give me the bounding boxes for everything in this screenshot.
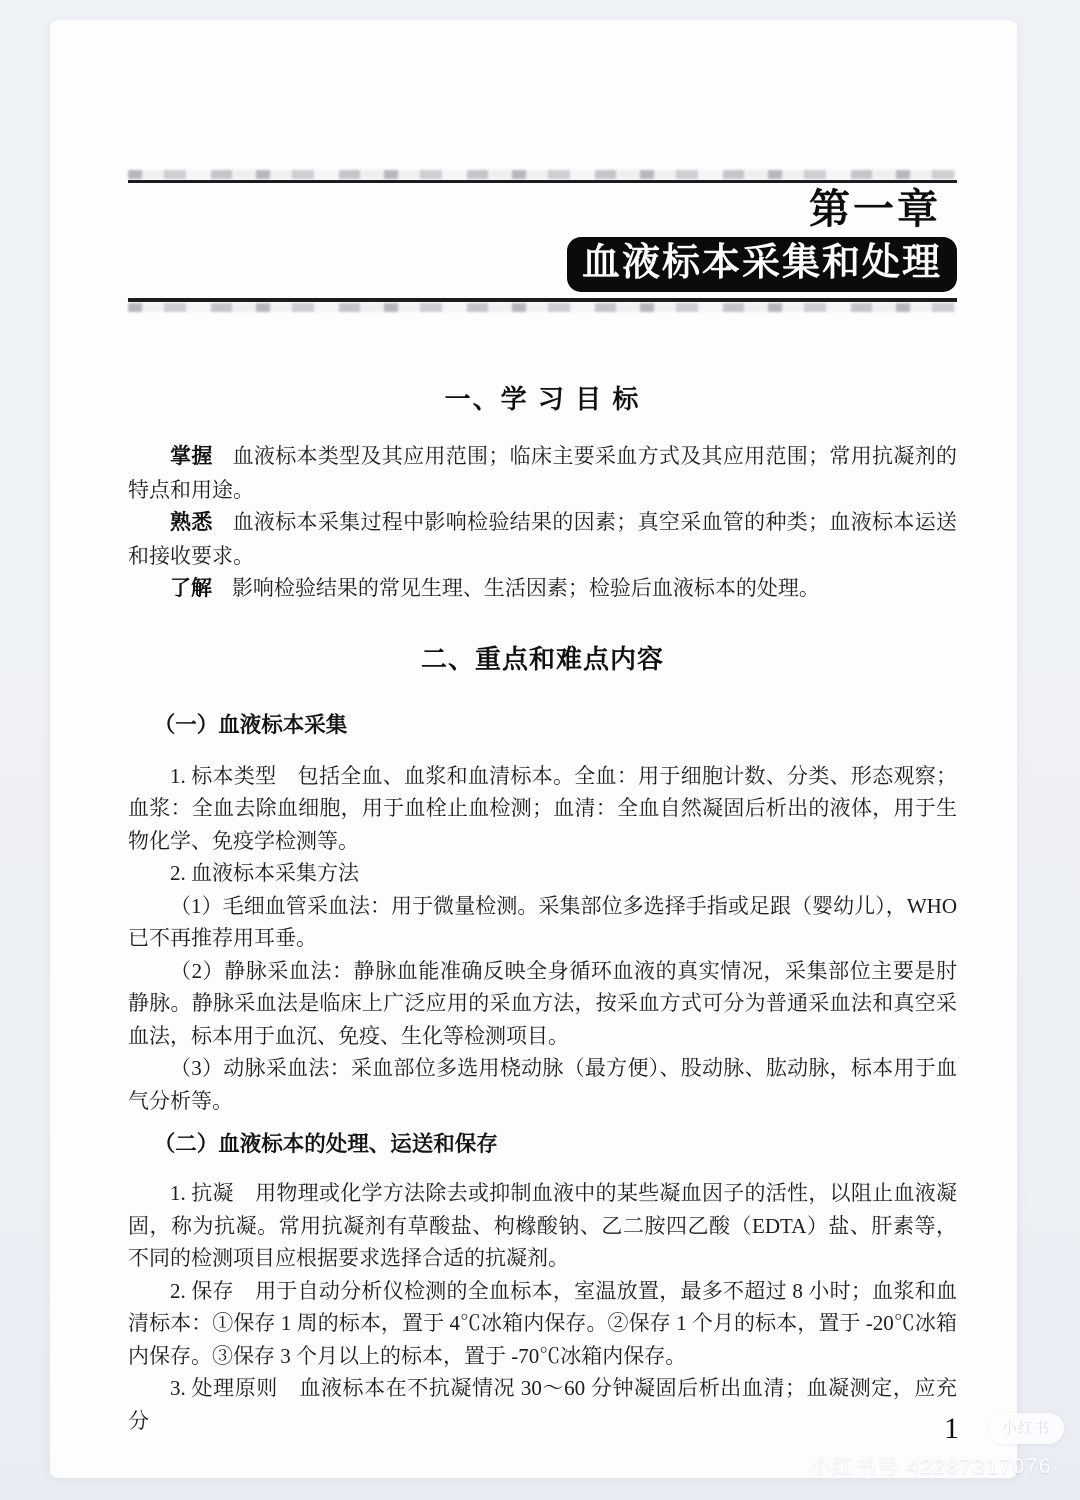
header-bottom-rule [128, 298, 957, 302]
chapter-number: 第一章 [128, 187, 957, 231]
content-paragraph: 3. 处理原则 血液标本在不抗凝情况 30～60 分钟凝固后析出血清；血凝测定，… [128, 1372, 957, 1437]
subsection-processing: （二）血液标本的处理、运送和保存 1. 抗凝 用物理或化学方法除去或抑制血液中的… [128, 1129, 957, 1437]
content-paragraph: （3）动脉采血法：采血部位多选用桡动脉（最方便）、股动脉、肱动脉，标本用于血气分… [128, 1052, 957, 1117]
content-paragraph: 2. 血液标本采集方法 [128, 857, 957, 890]
content-paragraph: （1）毛细血管采血法：用于微量检测。采集部位多选择手指或足跟（婴幼儿），WHO … [128, 890, 957, 955]
objective-paragraph: 熟悉血液标本采集过程中影响检验结果的因素；真空采血管的种类；血液标本运送和接收要… [128, 506, 957, 572]
header-top-smudge [128, 170, 957, 179]
subsection-collection: （一）血液标本采集 1. 标本类型 包括全血、血浆和血清标本。全血：用于细胞计数… [128, 710, 957, 1118]
scan-background: { "chapter": { "number_label": "第一章", "t… [0, 0, 1080, 1500]
subsection-heading-collection: （一）血液标本采集 [128, 710, 957, 740]
content-paragraph: 1. 标本类型 包括全血、血浆和血清标本。全血：用于细胞计数、分类、形态观察；血… [128, 760, 957, 858]
header-bottom-smudge [128, 303, 957, 312]
xiaohongshu-badge: 小红书 [988, 1413, 1064, 1444]
objective-lead: 熟悉 [170, 511, 213, 534]
objective-text: 血液标本类型及其应用范围；临床主要采血方式及其应用范围；常用抗凝剂的特点和用途。 [128, 444, 957, 502]
chapter-header: 第一章 血液标本采集和处理 [128, 170, 957, 312]
keypoints-section: 二、重点和难点内容 （一）血液标本采集 1. 标本类型 包括全血、血浆和血清标本… [128, 642, 957, 1438]
section-heading-keypoints: 二、重点和难点内容 [128, 642, 957, 676]
chapter-title-row: 血液标本采集和处理 [128, 237, 957, 292]
xiaohongshu-id-watermark: 小红书号 42287317076 [810, 1450, 1052, 1480]
chapter-title-banner: 血液标本采集和处理 [567, 237, 957, 292]
objective-paragraph: 掌握血液标本类型及其应用范围；临床主要采血方式及其应用范围；常用抗凝剂的特点和用… [128, 440, 957, 506]
book-page: 第一章 血液标本采集和处理 一、学 习 目 标 掌握血液标本类型及其应用范围；临… [50, 20, 1017, 1478]
objective-lead: 掌握 [170, 445, 213, 468]
content-paragraph: 1. 抗凝 用物理或化学方法除去或抑制血液中的某些凝血因子的活性，以阻止血液凝固… [128, 1177, 957, 1275]
header-top-rule [128, 180, 957, 183]
content-paragraph: 2. 保存 用于自动分析仪检测的全血标本，室温放置，最多不超过 8 小时；血浆和… [128, 1275, 957, 1373]
page-content: 第一章 血液标本采集和处理 一、学 习 目 标 掌握血液标本类型及其应用范围；临… [128, 20, 957, 1478]
objective-text: 影响检验结果的常见生理、生活因素；检验后血液标本的处理。 [232, 576, 820, 600]
section-heading-learning-objectives: 一、学 习 目 标 [128, 382, 957, 416]
objective-paragraph: 了解影响检验结果的常见生理、生活因素；检验后血液标本的处理。 [128, 572, 957, 606]
subsection-heading-processing: （二）血液标本的处理、运送和保存 [128, 1129, 957, 1159]
page-number: 1 [944, 1412, 959, 1446]
objective-lead: 了解 [170, 577, 212, 600]
objective-text: 血液标本采集过程中影响检验结果的因素；真空采血管的种类；血液标本运送和接收要求。 [128, 510, 957, 568]
learning-objectives-section: 一、学 习 目 标 掌握血液标本类型及其应用范围；临床主要采血方式及其应用范围；… [128, 382, 957, 606]
objectives-list: 掌握血液标本类型及其应用范围；临床主要采血方式及其应用范围；常用抗凝剂的特点和用… [128, 440, 957, 606]
content-paragraph: （2）静脉采血法：静脉血能准确反映全身循环血液的真实情况，采集部位主要是肘静脉。… [128, 955, 957, 1053]
